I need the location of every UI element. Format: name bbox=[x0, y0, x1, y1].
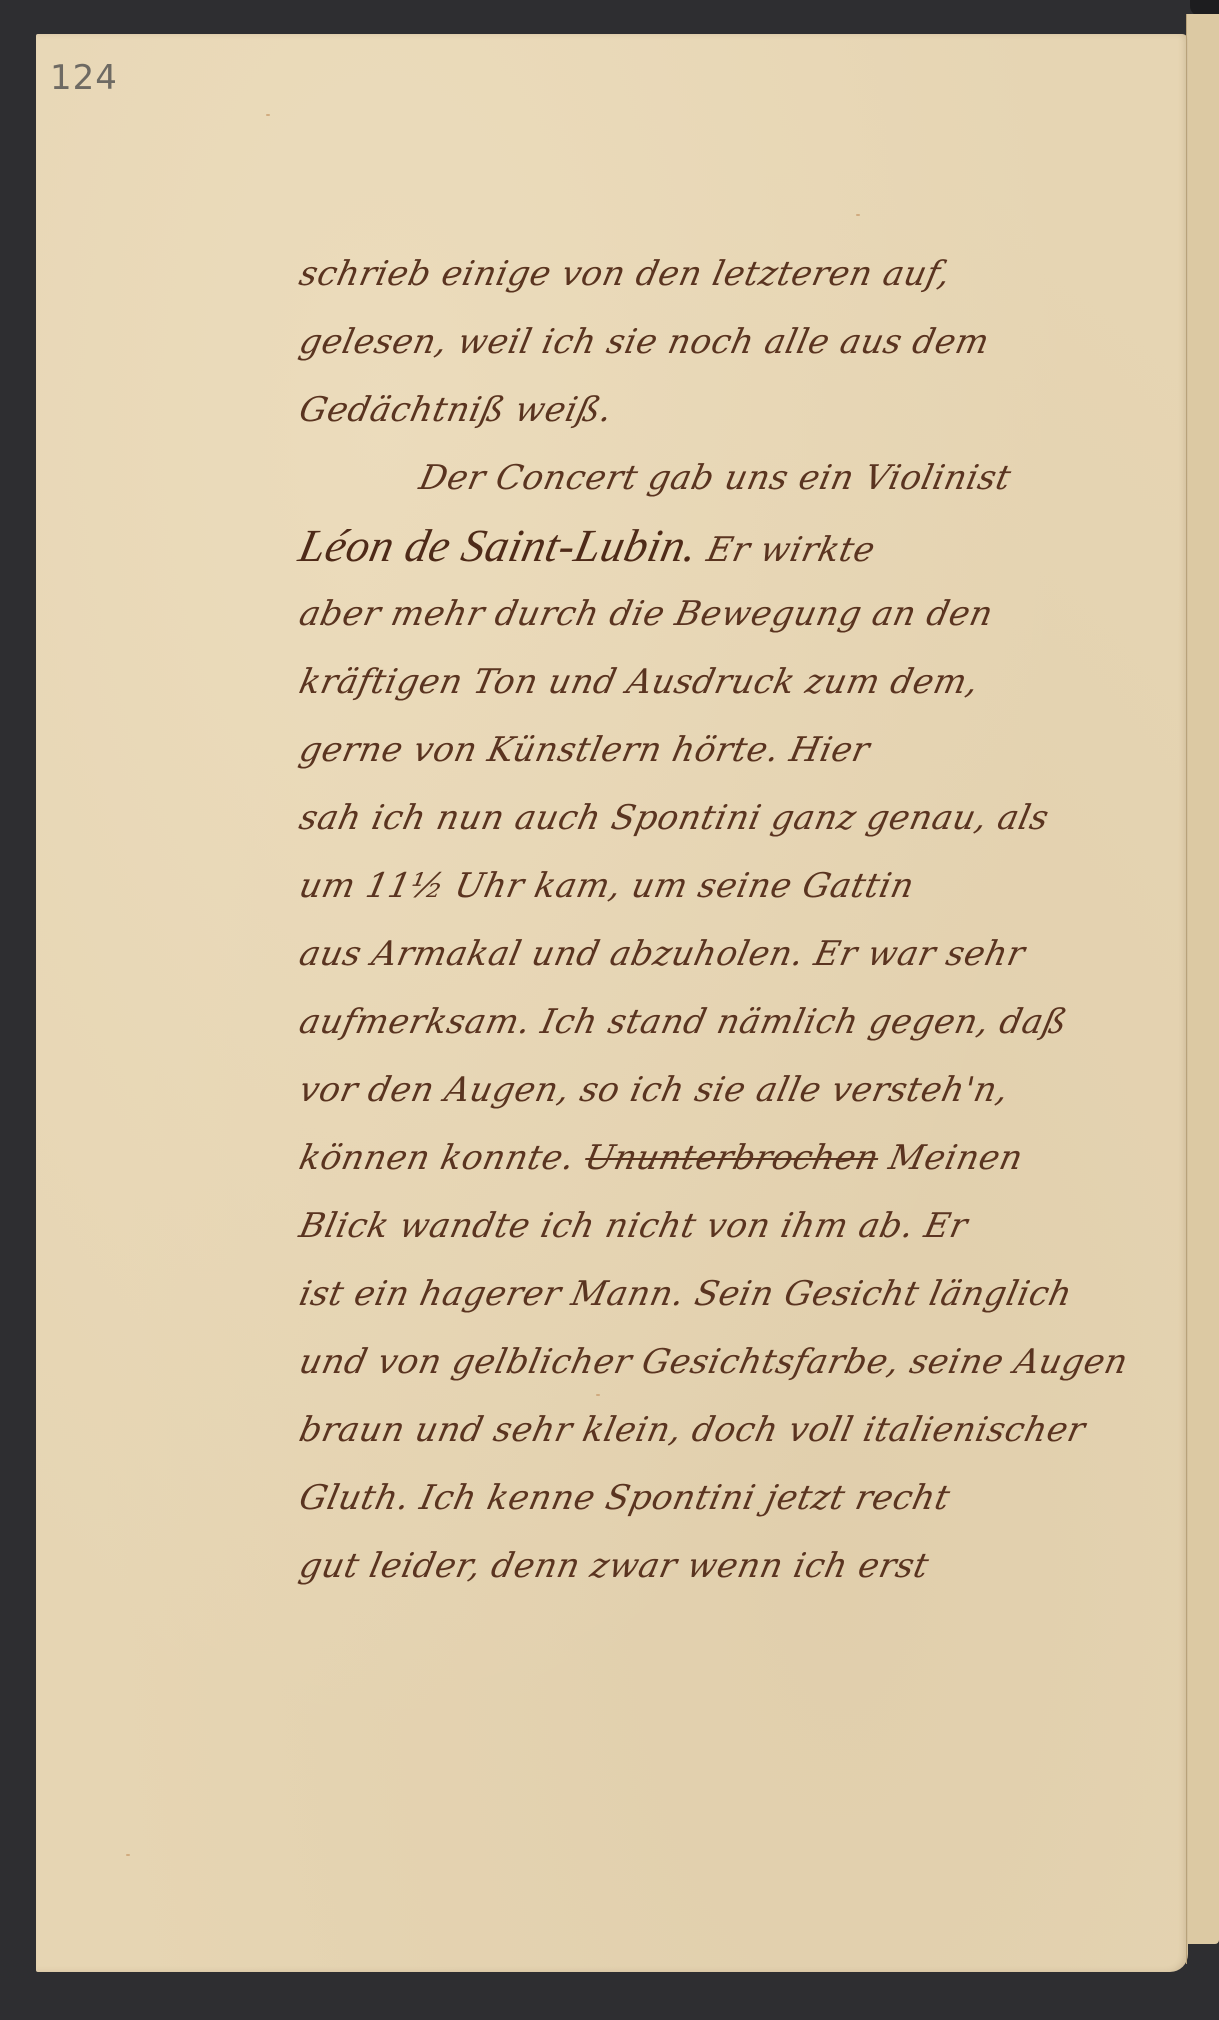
text-line: gut leider, denn zwar wenn ich erst bbox=[293, 1532, 1087, 1600]
text-line: kräftigen Ton und Ausdruck zum dem, bbox=[293, 648, 1087, 716]
paper-speck bbox=[266, 114, 270, 116]
text-line: vor den Augen, so ich sie alle versteh'n… bbox=[293, 1056, 1087, 1124]
struck-through-word: Ununterbrochen bbox=[581, 1138, 882, 1178]
line-text: sah ich nun auch Spontini ganz genau, al… bbox=[296, 798, 1053, 838]
line-text: aber mehr durch die Bewegung an den bbox=[296, 594, 997, 634]
text-line: um 11½ Uhr kam, um seine Gattin bbox=[293, 852, 1087, 920]
text-line: gerne von Künstlern hörte. Hier bbox=[293, 716, 1087, 784]
text-line: ist ein hagerer Mann. Sein Gesicht längl… bbox=[293, 1260, 1087, 1328]
line-text: Der Concert gab uns ein Violinist bbox=[416, 458, 1015, 498]
line-text: schrieb einige von den letzteren auf, bbox=[296, 254, 954, 294]
text-line: sah ich nun auch Spontini ganz genau, al… bbox=[293, 784, 1087, 852]
text-line: schrieb einige von den letzteren auf, bbox=[293, 240, 1087, 308]
paper-speck bbox=[126, 1854, 130, 1856]
line-text: Gedächtniß weiß. bbox=[296, 390, 616, 430]
line-text: Blick wandte ich nicht von ihm ab. Er bbox=[296, 1206, 972, 1246]
manuscript-text: schrieb einige von den letzteren auf, ge… bbox=[300, 240, 1080, 1600]
line-text: und von gelblicher Gesichtsfarbe, seine … bbox=[296, 1342, 1132, 1382]
text-line: braun und sehr klein, doch voll italieni… bbox=[293, 1396, 1087, 1464]
line-text: braun und sehr klein, doch voll italieni… bbox=[296, 1410, 1089, 1450]
text-line: Léon de Saint-Lubin. Er wirkte bbox=[293, 512, 1087, 580]
text-line: und von gelblicher Gesichtsfarbe, seine … bbox=[293, 1328, 1087, 1396]
line-text: gerne von Künstlern hörte. Hier bbox=[296, 730, 874, 770]
line-text: Meinen bbox=[874, 1138, 1027, 1178]
text-line: aus Armakal und abzuholen. Er war sehr bbox=[293, 920, 1087, 988]
line-text: Er wirkte bbox=[692, 530, 879, 570]
text-line: können konnte. Ununterbrochen Meinen bbox=[293, 1124, 1087, 1192]
text-line: aufmerksam. Ich stand nämlich gegen, daß bbox=[293, 988, 1087, 1056]
folio-number: 124 bbox=[50, 58, 118, 98]
line-text: gut leider, denn zwar wenn ich erst bbox=[296, 1546, 933, 1586]
page-gutter-fold bbox=[1186, 14, 1187, 1964]
line-text: aus Armakal und abzuholen. Er war sehr bbox=[296, 934, 1029, 974]
text-line: Blick wandte ich nicht von ihm ab. Er bbox=[293, 1192, 1087, 1260]
text-line-paragraph-start: Der Concert gab uns ein Violinist bbox=[293, 444, 1087, 512]
line-text: ist ein hagerer Mann. Sein Gesicht längl… bbox=[296, 1274, 1076, 1314]
next-page-edge bbox=[1187, 14, 1219, 1944]
line-text: vor den Augen, so ich sie alle versteh'n… bbox=[296, 1070, 1013, 1110]
line-text: können konnte. bbox=[296, 1138, 579, 1178]
violinist-name: Léon de Saint-Lubin. bbox=[295, 520, 703, 571]
line-text: Gluth. Ich kenne Spontini jetzt recht bbox=[296, 1478, 954, 1518]
text-line: gelesen, weil ich sie noch alle aus dem bbox=[293, 308, 1087, 376]
paper-speck bbox=[856, 214, 860, 216]
line-text: um 11½ Uhr kam, um seine Gattin bbox=[296, 866, 918, 906]
text-line: Gedächtniß weiß. bbox=[293, 376, 1087, 444]
line-text: kräftigen Ton und Ausdruck zum dem, bbox=[296, 662, 982, 702]
line-text: gelesen, weil ich sie noch alle aus dem bbox=[296, 322, 993, 362]
text-line: Gluth. Ich kenne Spontini jetzt recht bbox=[293, 1464, 1087, 1532]
line-text: aufmerksam. Ich stand nämlich gegen, daß bbox=[296, 1002, 1071, 1042]
text-line: aber mehr durch die Bewegung an den bbox=[293, 580, 1087, 648]
